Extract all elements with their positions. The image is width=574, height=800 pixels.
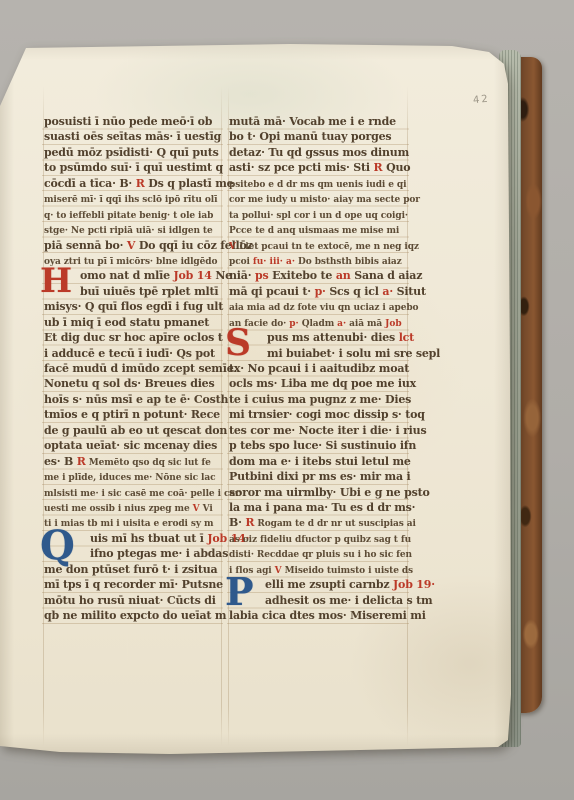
text-line: cōcdī a tīca· B· R Ds q plastī me <box>44 174 221 189</box>
text-line: bo t· Opi manū tuay porges <box>229 127 409 142</box>
text-segment: Exitebo te <box>268 269 335 282</box>
dropcap-initial-q: Q <box>40 526 75 566</box>
text-segment: tmīos e q ptirī n potunt· Rece <box>44 408 220 421</box>
text-segment: elli me zsupti carnbz <box>265 578 393 591</box>
text-line: mā qi pcaui t· p· Scs q icl a· Situt <box>229 282 409 297</box>
text-segment: omo nat d mlīe <box>80 269 174 282</box>
text-segment: piā sennā bo· <box>44 239 127 252</box>
text-segment: Quo <box>382 161 410 174</box>
text-segment: aia mia ad dz fote viu qn uciaz i apebo <box>229 303 418 313</box>
text-segment: ocls ms· Liba me dq poe me iux <box>229 377 416 390</box>
text-segment: facē mudū d imūdo zcept semīe. <box>44 362 237 375</box>
text-line: de g paulū ab eo ut qescat don <box>44 421 221 436</box>
text-segment: cor me iudy u misto· aiay ma secte por <box>229 195 420 205</box>
text-line: as oiz fideliu dfuctor p quibz sag t fu <box>229 529 409 544</box>
text-line: mi buiabet· i solu mi sre sepl <box>229 344 409 359</box>
text-segment: mā qi pcaui t· <box>229 285 315 298</box>
text-segment: tx· No pcaui i i aaitudibz moat <box>229 362 409 375</box>
text-line: ta pollui· spl cor i un d ope uq coigi· <box>229 205 409 220</box>
text-line: pus ms attenubi· dies lct <box>229 328 409 343</box>
text-line: asti· sz pce pcti mis· Sti R Quo <box>229 158 409 173</box>
text-line: optata ueīat· sic mcenay dies <box>44 436 221 451</box>
text-segment: detaz· Tu qd gssus mos dinum <box>229 146 409 159</box>
text-line: i flos agi V Miseido tuimsto i uiste ds <box>229 560 409 575</box>
text-line: stge· Ne pcti ripiā uiā· si idlgen te <box>44 220 221 235</box>
text-segment: Pcce te d anq uismaas me mise mi <box>229 226 399 236</box>
text-line: mōtu ho rusū niuat· Cūcts di <box>44 591 221 606</box>
text-line: tes cor me· Nocte iter i die· i rius <box>229 421 409 436</box>
text-segment: misys· Q quī flos egdī i fug ult <box>44 300 223 313</box>
text-segment: mōtu ho rusū niuat· Cūcts di <box>44 594 216 607</box>
text-segment: pedū mōz psīdisti· Q quī puts <box>44 146 219 159</box>
text-line: B· R Rogam te d dr nr ut suscipias ai <box>229 513 409 528</box>
text-segment: miserē mī· ī qqī ihs sclō ipō rītu olī <box>44 195 217 205</box>
text-line: es· B R Memēto qso dq sic lut fe <box>44 452 221 467</box>
text-line: mi trnsier· cogi moc dissip s· toq <box>229 405 409 420</box>
manuscript-page: 42 posuisti ī nūo pede meō·ī obsuasti oē… <box>0 44 512 756</box>
text-segment: an <box>336 269 351 282</box>
text-line: miserē mī· ī qqī ihs sclō ipō rītu olī <box>44 189 221 204</box>
text-segment: B· <box>229 516 245 529</box>
text-line: an facie do· p· Qladm a· aiā mā Job <box>229 313 409 328</box>
dropcap-initial-h: H <box>40 264 72 298</box>
text-segment: la ma i pana ma· Tu es d dr ms· <box>229 501 415 514</box>
text-segment: Ds q plastī me <box>145 177 234 190</box>
text-line: psitebo e d dr ms qm uenis iudi e qi <box>229 174 409 189</box>
text-segment: Et dig duc sr hoc apīre oclos t <box>44 331 223 344</box>
text-line: mlsisti me· i sic casē me coā· pelle i c… <box>44 483 221 498</box>
manuscript-page-surface: 42 posuisti ī nūo pede meō·ī obsuasti oē… <box>0 44 512 756</box>
text-line: adhesit os me· i delicta s tm <box>229 591 409 606</box>
text-segment: disti· Recddae qr pluis su i ho sic fen <box>229 550 412 560</box>
text-segment: mī tps ī q recorder mī· Putsne <box>44 578 223 591</box>
folio-number: 42 <box>472 93 497 106</box>
text-segment: adhesit os me· i delicta s tm <box>265 594 433 607</box>
text-line: Pcce te d anq uismaas me mise mi <box>229 220 409 235</box>
dropcap-initial-s: S <box>225 325 251 361</box>
text-line: pedū mōz psīdisti· Q quī puts <box>44 143 221 158</box>
text-segment: te i cuius ma pugnz z me· Dies <box>229 393 411 406</box>
text-segment: Nonetu q sol ds· Breues dies <box>44 377 214 390</box>
text-line: cor me iudy u misto· aiay ma secte por <box>229 189 409 204</box>
text-line: dom ma e· i itebs stui letul me <box>229 452 409 467</box>
text-segment: p· <box>315 285 326 298</box>
text-segment: posuisti ī nūo pede meō·ī ob <box>44 115 212 128</box>
text-segment: soror ma uirmlby· Ubi e g ne psto <box>229 486 430 499</box>
text-segment: mi buiabet· i solu mi sre sepl <box>267 347 440 360</box>
text-line: tx· No pcaui i i aaitudibz moat <box>229 359 409 374</box>
text-segment: Job 19· <box>393 578 435 591</box>
text-segment: pus ms attenubi· dies <box>267 331 399 344</box>
text-segment: p tebs spo luce· Si sustinuio ifn <box>229 439 416 452</box>
text-line: uesti me ossib i nius zpeg me V Vi <box>44 498 221 513</box>
text-line: p tebs spo luce· Si sustinuio ifn <box>229 436 409 451</box>
text-segment: mutā mā· Vocab me i e rnde <box>229 115 396 128</box>
text-line: tmīos e q ptirī n potunt· Rece <box>44 405 221 420</box>
text-segment: ps <box>255 269 268 282</box>
text-segment: cōcdī a tīca· B· <box>44 177 136 190</box>
text-segment: qb ne milito expcto do ueīat m <box>44 609 226 622</box>
text-segment: bo t· Opi manū tuay porges <box>229 130 391 143</box>
text-segment: me i plīde, iduces me· Nōne sic lac <box>44 473 216 483</box>
dropcap-initial-p: P <box>225 573 254 611</box>
text-segment: asti· sz pce pcti mis· Sti <box>229 161 374 174</box>
text-line: la ma i pana ma· Tu es d dr ms· <box>229 498 409 513</box>
text-segment: a· <box>382 285 393 298</box>
text-segment: stge· Ne pcti ripiā uiā· si idlgen te <box>44 226 213 236</box>
text-segment: tes cor me· Nocte iter i die· i rius <box>229 424 426 437</box>
text-line: mutā mā· Vocab me i e rnde <box>229 112 409 127</box>
text-line: posuisti ī nūo pede meō·ī ob <box>44 112 221 127</box>
text-line: niā· ps Exitebo te an Sana d aiaz <box>229 266 409 281</box>
text-segment: Scs q icl <box>326 285 383 298</box>
text-segment: Situt <box>393 285 426 298</box>
text-line: elli me zsupti carnbz Job 19· <box>229 575 409 590</box>
text-segment: R <box>136 177 145 190</box>
text-line: detaz· Tu qd gssus mos dinum <box>229 143 409 158</box>
text-line: Et dig duc sr hoc apīre oclos t <box>44 328 221 343</box>
text-segment: R <box>77 455 86 468</box>
text-segment: V <box>127 239 135 252</box>
text-segment: i adducē e tecū ī iudī· Qs pot <box>44 347 215 360</box>
text-column-left: posuisti ī nūo pede meō·ī obsuasti oēs s… <box>44 112 221 627</box>
text-line: Putbini dixi pr ms es· mir ma i <box>229 467 409 482</box>
text-line: suasti oēs seītas mās· ī uestīg <box>44 127 221 142</box>
text-line: disti· Recddae qr pluis su i ho sic fen <box>229 544 409 559</box>
manuscript-photo: { "folio_number": "42", "colors": { "ink… <box>0 0 574 800</box>
text-segment: optata ueīat· sic mcenay dies <box>44 439 217 452</box>
text-line: qb ne milito expcto do ueīat m <box>44 606 221 621</box>
text-line: me i plīde, iduces me· Nōne sic lac <box>44 467 221 482</box>
text-segment: es· B <box>44 455 77 468</box>
text-segment: ifno ptegas me· i abdas <box>90 547 228 560</box>
text-segment: hoīs s· nūs msī e ap te ē· Costh <box>44 393 228 406</box>
text-segment: Rogam te d dr nr ut suscipias ai <box>254 519 416 529</box>
text-segment: Putbini dixi pr ms es· mir ma i <box>229 470 411 483</box>
text-segment: mi trnsier· cogi moc dissip s· toq <box>229 408 425 421</box>
text-line: i adducē e tecū ī iudī· Qs pot <box>44 344 221 359</box>
text-segment: de g paulū ab eo ut qescat don <box>44 424 227 437</box>
text-line: ocls ms· Liba me dq poe me iux <box>229 374 409 389</box>
text-column-right: mutā mā· Vocab me i e rndebo t· Opi manū… <box>229 112 409 627</box>
text-line: mī tps ī q recorder mī· Putsne <box>44 575 221 590</box>
text-segment: dom ma e· i itebs stui letul me <box>229 455 411 468</box>
text-segment: ub ī miq ī eod statu pmanet <box>44 316 209 329</box>
text-segment: buī uiuēs tpē rplet mltī <box>80 285 218 298</box>
text-line: aia mia ad dz fote viu qn uciaz i apebo <box>229 297 409 312</box>
text-segment: R <box>245 516 254 529</box>
text-line: ub ī miq ī eod statu pmanet <box>44 313 221 328</box>
text-line: soror ma uirmlby· Ubi e g ne psto <box>229 483 409 498</box>
text-segment: to psūmdo suī· ī quī uestimt q <box>44 161 223 174</box>
text-segment: Sana d aiaz <box>351 269 423 282</box>
text-line: V Liet pcaui tn te extocē, me n neg iqz <box>229 236 409 251</box>
text-line: labia cica dtes mos· Miseremi mi <box>229 606 409 621</box>
text-line: piā sennā bo· V Do qqī iu cōz fellōz <box>44 236 221 251</box>
text-segment: labia cica dtes mos· Miseremi mi <box>229 609 426 622</box>
text-line: q· to ieffebli pitate benig· t ole iab <box>44 205 221 220</box>
text-line: facē mudū d imūdo zcept semīe. <box>44 359 221 374</box>
text-segment: lct <box>399 331 414 344</box>
text-line: Nonetu q sol ds· Breues dies <box>44 374 221 389</box>
text-line: pcoi fu· iii· a· Do bsthsth bibis aiaz <box>229 251 409 266</box>
text-segment: Job 14 <box>174 269 212 282</box>
text-segment: uis mī hs tbuat ut ī <box>90 532 207 545</box>
text-line: te i cuius ma pugnz z me· Dies <box>229 390 409 405</box>
text-line: to psūmdo suī· ī quī uestimt q <box>44 158 221 173</box>
text-segment: niā· <box>229 269 255 282</box>
text-segment: suasti oēs seītas mās· ī uestīg <box>44 130 221 143</box>
text-line: hoīs s· nūs msī e ap te ē· Costh <box>44 390 221 405</box>
